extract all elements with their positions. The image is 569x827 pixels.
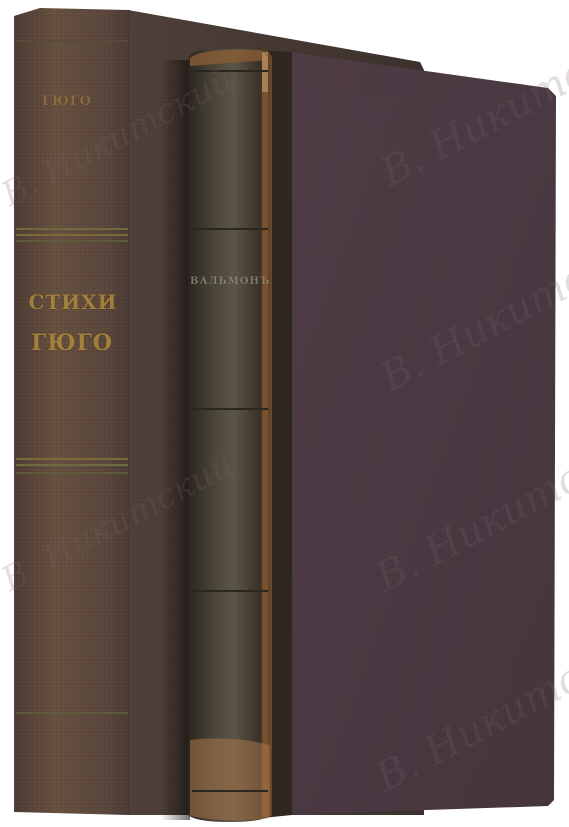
- spine-band: [192, 590, 268, 592]
- spine-band: [16, 234, 128, 236]
- back-spine-title-line2: ГЮГО: [22, 330, 122, 356]
- spine-band: [16, 228, 128, 230]
- back-spine-title-line1: СТИХИ: [28, 290, 118, 314]
- back-cover-grain: [130, 30, 186, 815]
- spine-band: [16, 712, 128, 714]
- spine-band: [192, 408, 268, 410]
- back-spine-top-label: ГЮГО: [22, 94, 112, 109]
- spine-band: [192, 228, 268, 230]
- back-spine: ГЮГО СТИХИ ГЮГО: [14, 12, 130, 812]
- spine-band: [16, 240, 128, 242]
- front-spine-label: ВАЛЬМОНЪ: [190, 276, 266, 287]
- photo-scene: ГЮГО СТИХИ ГЮГО ВАЛЬМОНЪ В. Никитский В.…: [0, 0, 569, 827]
- spine-band: [192, 70, 268, 72]
- spine-band: [16, 40, 128, 42]
- spine-band: [192, 790, 268, 792]
- spine-band: [16, 464, 128, 466]
- front-cover-weave: [292, 90, 552, 805]
- spine-band: [16, 458, 128, 460]
- front-spine: ВАЛЬМОНЪ: [190, 50, 270, 820]
- spine-band: [16, 472, 128, 474]
